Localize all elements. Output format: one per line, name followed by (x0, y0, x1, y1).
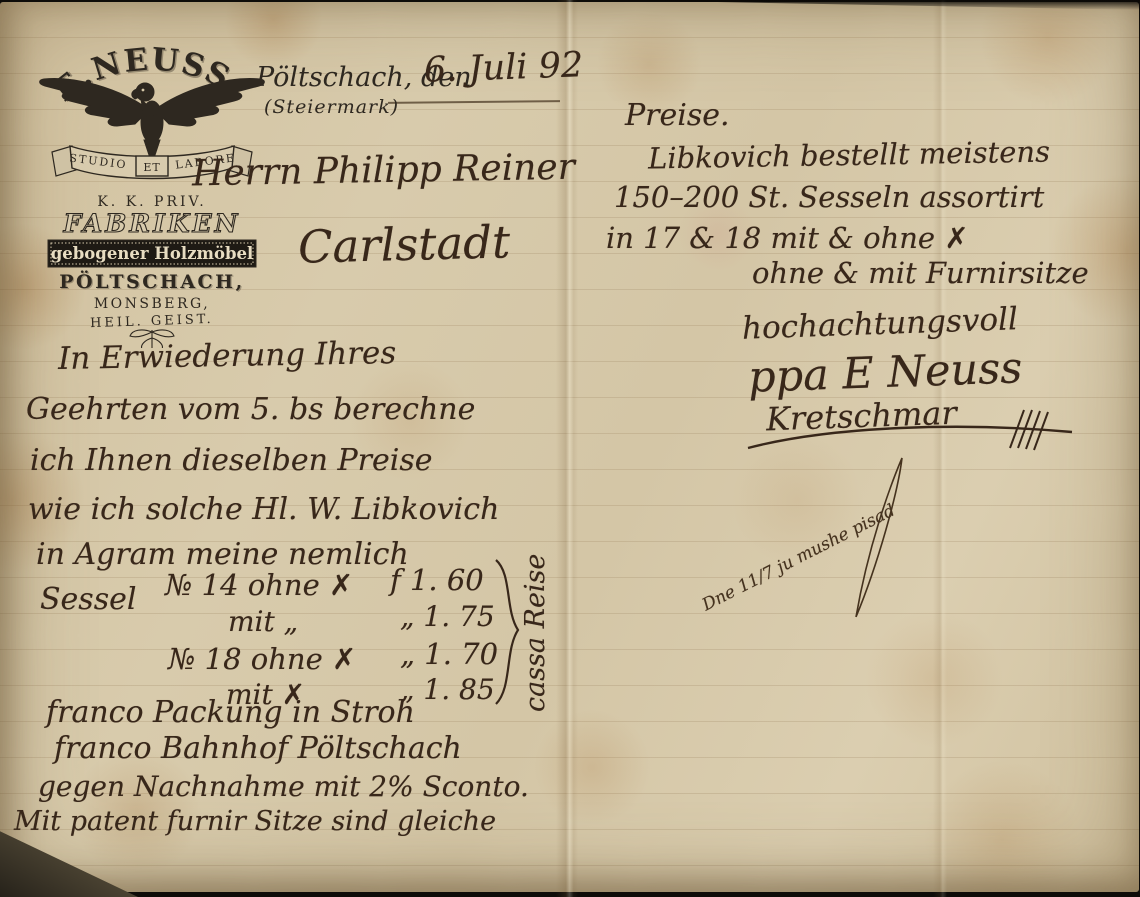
price-row-price: f 1. 60 (390, 563, 484, 597)
price-side-note: cassa Reise (520, 552, 551, 712)
terms-line: gegen Nachnahme mit 2% Sconto. (38, 770, 529, 803)
right-line: in 17 & 18 mit & ohne ✗ (606, 221, 969, 255)
city-line: PÖLTSCHACH, (59, 270, 245, 293)
body-line: ich Ihnen dieselben Preise (30, 443, 433, 478)
price-row-price: „ 1. 70 (400, 637, 498, 671)
signature-flourish (742, 408, 1082, 456)
right-heading: Preise. (625, 98, 730, 133)
right-line: 150–200 St. Sesseln assortirt (614, 180, 1044, 214)
right-line: ohne & mit Furnirsitze (752, 256, 1089, 290)
price-row-model: № 14 ohne ✗ (165, 568, 353, 602)
address-recipient: Herrn Philipp Reiner (192, 147, 576, 195)
annotation-flourish (846, 452, 910, 622)
product-box-label: gebogener Holzmöbel (51, 244, 254, 263)
body-line: Geehrten vom 5. bs berechne (26, 392, 475, 427)
printed-region-label: (Steiermark) (264, 96, 399, 118)
letter-photo: E.NEUSS STUDIO ET LABORE K. K. PRIV. FAB… (0, 0, 1140, 897)
place-line-2: MONSBERG, (94, 296, 210, 312)
price-row-model: mit „ (228, 605, 298, 638)
address-city: Carlstadt (297, 215, 510, 274)
place-line-3: HEIL. GEIST. (90, 312, 214, 331)
terms-line: franco Packung in Stroh (46, 695, 415, 730)
price-item-label: Sessel (40, 582, 136, 617)
handwritten-date: 6. Juli 92 (423, 45, 583, 91)
price-brace (492, 558, 522, 706)
product-box: gebogener Holzmöbel (48, 240, 256, 267)
signature-company: ppa E Neuss (747, 343, 1023, 403)
body-line: in Agram meine nemlich (36, 537, 409, 572)
motto-center: ET (143, 161, 160, 174)
body-line: In Erwiederung Ihres (58, 335, 397, 377)
body-line: wie ich solche Hl. W. Libkovich (28, 492, 499, 527)
terms-line: Mit patent furnir Sitze sind gleiche (14, 806, 496, 837)
price-row-price: „ 1. 75 (400, 600, 495, 633)
right-line: Libkovich bestellt meistens (648, 134, 1051, 175)
privilege-line: K. K. PRIV. (97, 194, 206, 210)
terms-line: franco Bahnhof Pöltschach (54, 731, 462, 766)
fabriken-title: FABRIKEN (63, 209, 241, 238)
price-row-model: № 18 ohne ✗ (168, 642, 356, 676)
